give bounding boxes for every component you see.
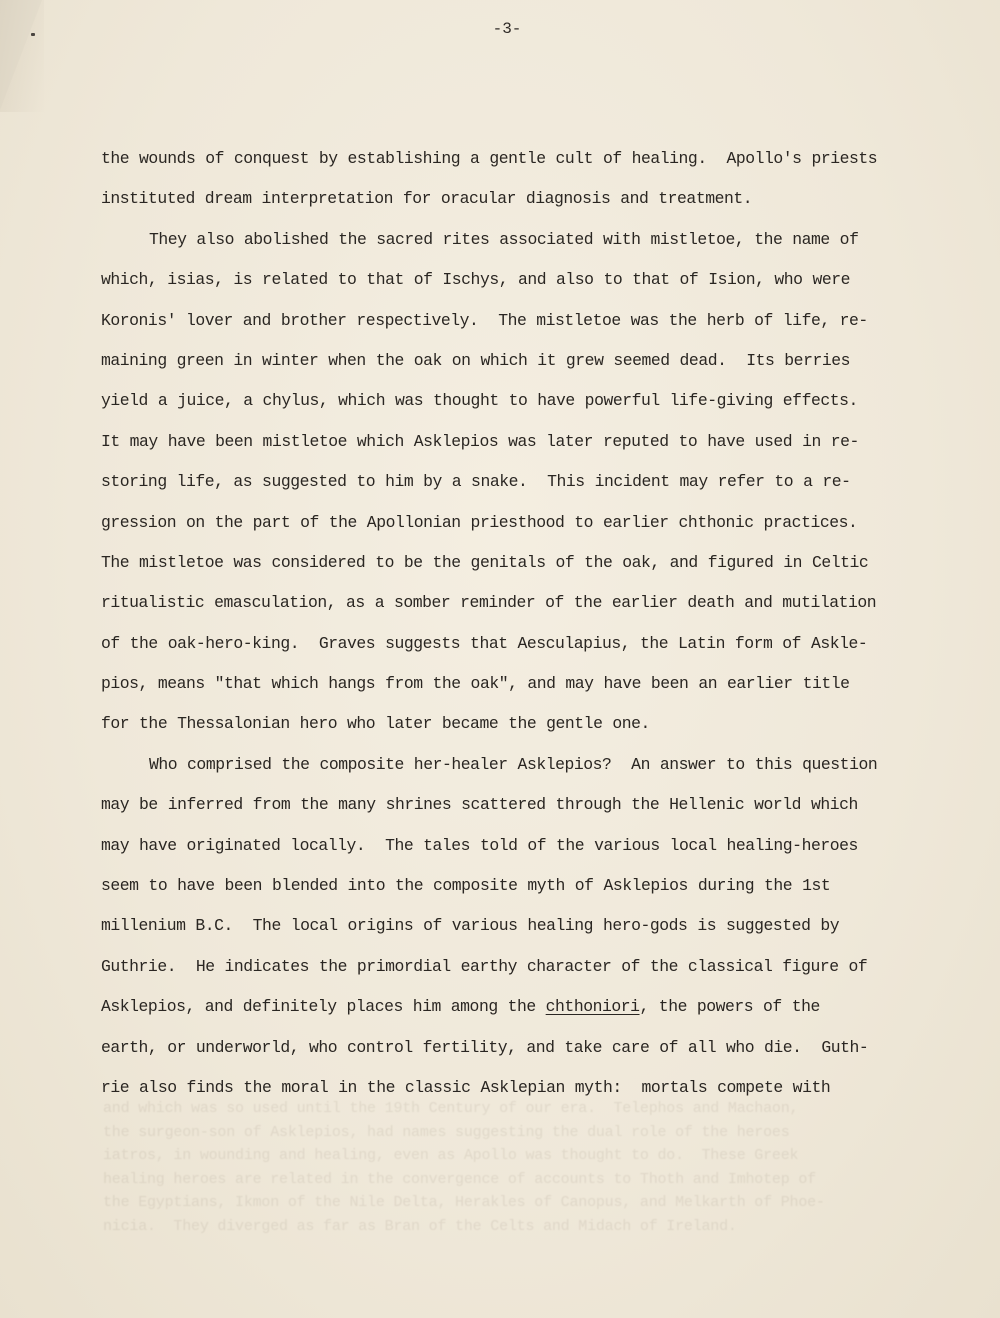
text-line: the wounds of conquest by establishing a…	[101, 139, 931, 179]
text-line: Who comprised the composite her-healer A…	[101, 745, 931, 785]
text-line: rie also finds the moral in the classic …	[101, 1068, 931, 1108]
text-line: for the Thessalonian hero who later beca…	[101, 704, 931, 744]
text-line: yield a juice, a chylus, which was thoug…	[101, 381, 931, 421]
text-line: It may have been mistletoe which Asklepi…	[101, 422, 931, 462]
bleed-through-text: and which was so used until the 19th Cen…	[103, 1097, 943, 1238]
paragraph-2: They also abolished the sacred rites ass…	[101, 220, 931, 745]
text-line: Guthrie. He indicates the primordial ear…	[101, 947, 931, 987]
text-line: The mistletoe was considered to be the g…	[101, 543, 931, 583]
underlined-term: chthoniori	[546, 997, 640, 1016]
page-number: -3-	[0, 20, 1000, 38]
text-line: instituted dream interpretation for orac…	[101, 179, 931, 219]
text-line: millenium B.C. The local origins of vari…	[101, 906, 931, 946]
text-line: storing life, as suggested to him by a s…	[101, 462, 931, 502]
document-page: -3- and which was so used until the 19th…	[0, 0, 1000, 1318]
paragraph-1: the wounds of conquest by establishing a…	[101, 139, 931, 220]
bleed-line: the Egyptians, Ikmon of the Nile Delta, …	[103, 1191, 943, 1215]
text-line: pios, means "that which hangs from the o…	[101, 664, 931, 704]
bleed-line: nicia. They diverged as far as Bran of t…	[103, 1215, 943, 1239]
line-segment: , the powers of the	[640, 997, 820, 1016]
text-line: Koronis' lover and brother respectively.…	[101, 301, 931, 341]
text-line: maining green in winter when the oak on …	[101, 341, 931, 381]
paragraph-3: Who comprised the composite her-healer A…	[101, 745, 931, 1109]
line-segment: Asklepios, and definitely places him amo…	[101, 997, 546, 1016]
typed-body-text: the wounds of conquest by establishing a…	[101, 139, 931, 1108]
corner-shadow	[0, 0, 44, 112]
text-line: earth, or underworld, who control fertil…	[101, 1028, 931, 1068]
text-line-with-underline: Asklepios, and definitely places him amo…	[101, 987, 931, 1027]
text-line: seem to have been blended into the compo…	[101, 866, 931, 906]
bleed-line: the surgeon-son of Asklepios, had names …	[103, 1121, 943, 1145]
bleed-line: healing heroes are related in the conver…	[103, 1168, 943, 1192]
text-line: ritualistic emasculation, as a somber re…	[101, 583, 931, 623]
text-line: of the oak-hero-king. Graves suggests th…	[101, 624, 931, 664]
text-line: gression on the part of the Apollonian p…	[101, 503, 931, 543]
text-line: may have originated locally. The tales t…	[101, 826, 931, 866]
text-line: They also abolished the sacred rites ass…	[101, 220, 931, 260]
bleed-line: iatros, in wounding and healing, even as…	[103, 1144, 943, 1168]
text-line: may be inferred from the many shrines sc…	[101, 785, 931, 825]
text-line: which, isias, is related to that of Isch…	[101, 260, 931, 300]
